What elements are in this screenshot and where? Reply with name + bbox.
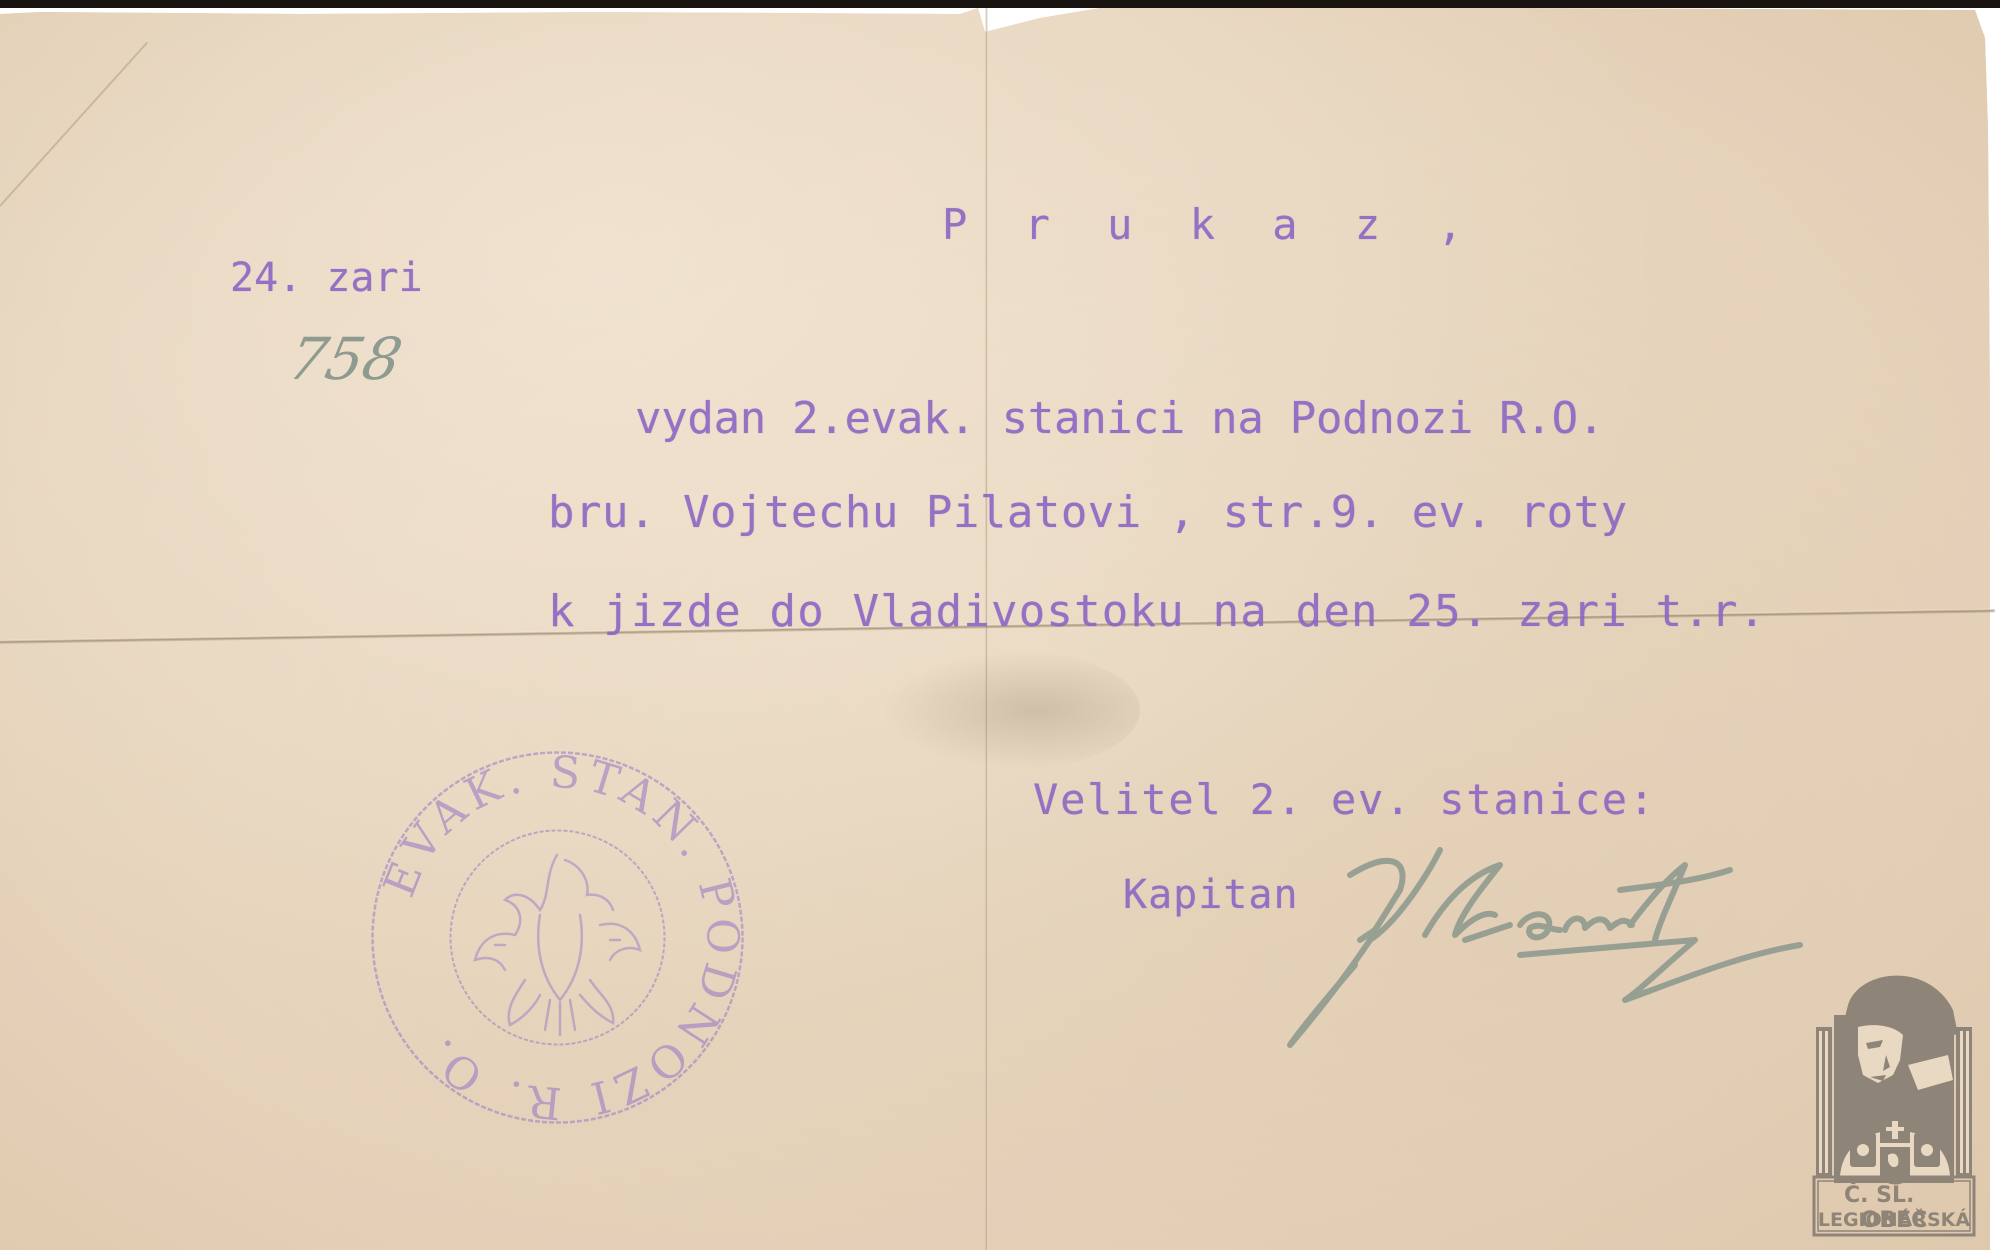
rank-label: Kapitan [1123,872,1299,918]
thumbprint-smudge [880,650,1140,770]
logo-text-legionarska: LEGIONÁŘSKÁ [1808,1209,1980,1231]
body-line-2: bru. Vojtechu Pilatovi , str.9. ev. roty [548,487,1628,538]
signature-icon [1280,830,1860,1050]
official-stamp: EVAK. STAN. PODNOZI R. O. [365,745,750,1130]
logo-text-csl: Č. SL. [1844,1183,1914,1208]
eagle-emblem-icon [475,855,640,1035]
body-line-3: k jizde do Vladivostoku na den 25. zari … [548,586,1766,637]
document-date: 24. zari [230,255,423,301]
document-title: P r u k a z , [942,200,1479,249]
handwritten-number: 758 [283,325,408,393]
body-line-1: vydan 2.evak. stanici na Podnozi R.O. [635,393,1604,444]
scan-border [0,0,2000,8]
commander-title: Velitel 2. ev. stanice: [1033,775,1656,824]
legionnaire-association-logo: Č. SL. OBEC LEGIONÁŘSKÁ [1808,955,1980,1237]
